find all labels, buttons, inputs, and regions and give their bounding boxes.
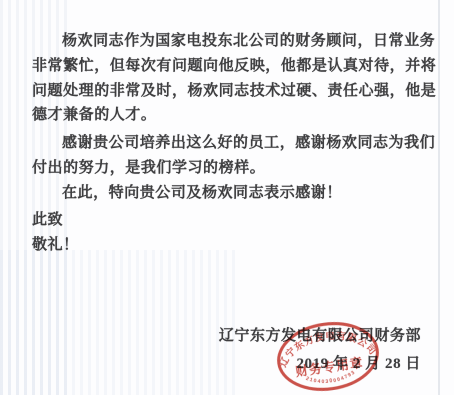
letter-page: 杨欢同志作为国家电投东北公司的财务顾问，日常业务 非常繁忙，但每次有问题向他反映… xyxy=(0,0,454,395)
letter-line: 在此，特向贵公司及杨欢同志表示感谢！ xyxy=(62,181,342,202)
letter-line: 问题处理的非常及时，杨欢同志技术过硬、责任心强，他是 xyxy=(32,79,436,100)
letter-line: 德才兼备的人才。 xyxy=(32,103,156,124)
scan-artifact-line xyxy=(438,0,440,395)
letter-line: 付出的努力，是我们学习的榜样。 xyxy=(32,156,265,177)
letter-line: 杨欢同志作为国家电投东北公司的财务顾问，日常业务 xyxy=(62,29,435,50)
company-seal-stamp: 辽宁东方发电有限公司 财务专用章 2104030004793 xyxy=(267,311,389,395)
scan-texture-bottom xyxy=(0,250,240,395)
letter-closing-jingli: 敬礼！ xyxy=(32,233,79,254)
letter-line: 感谢贵公司培养出这么好的员工，感谢杨欢同志为我们 xyxy=(62,131,435,152)
letter-closing-cizhi: 此致 xyxy=(32,208,63,229)
letter-line: 非常繁忙，但每次有问题向他反映，他都是认真对待，并将 xyxy=(32,54,436,75)
